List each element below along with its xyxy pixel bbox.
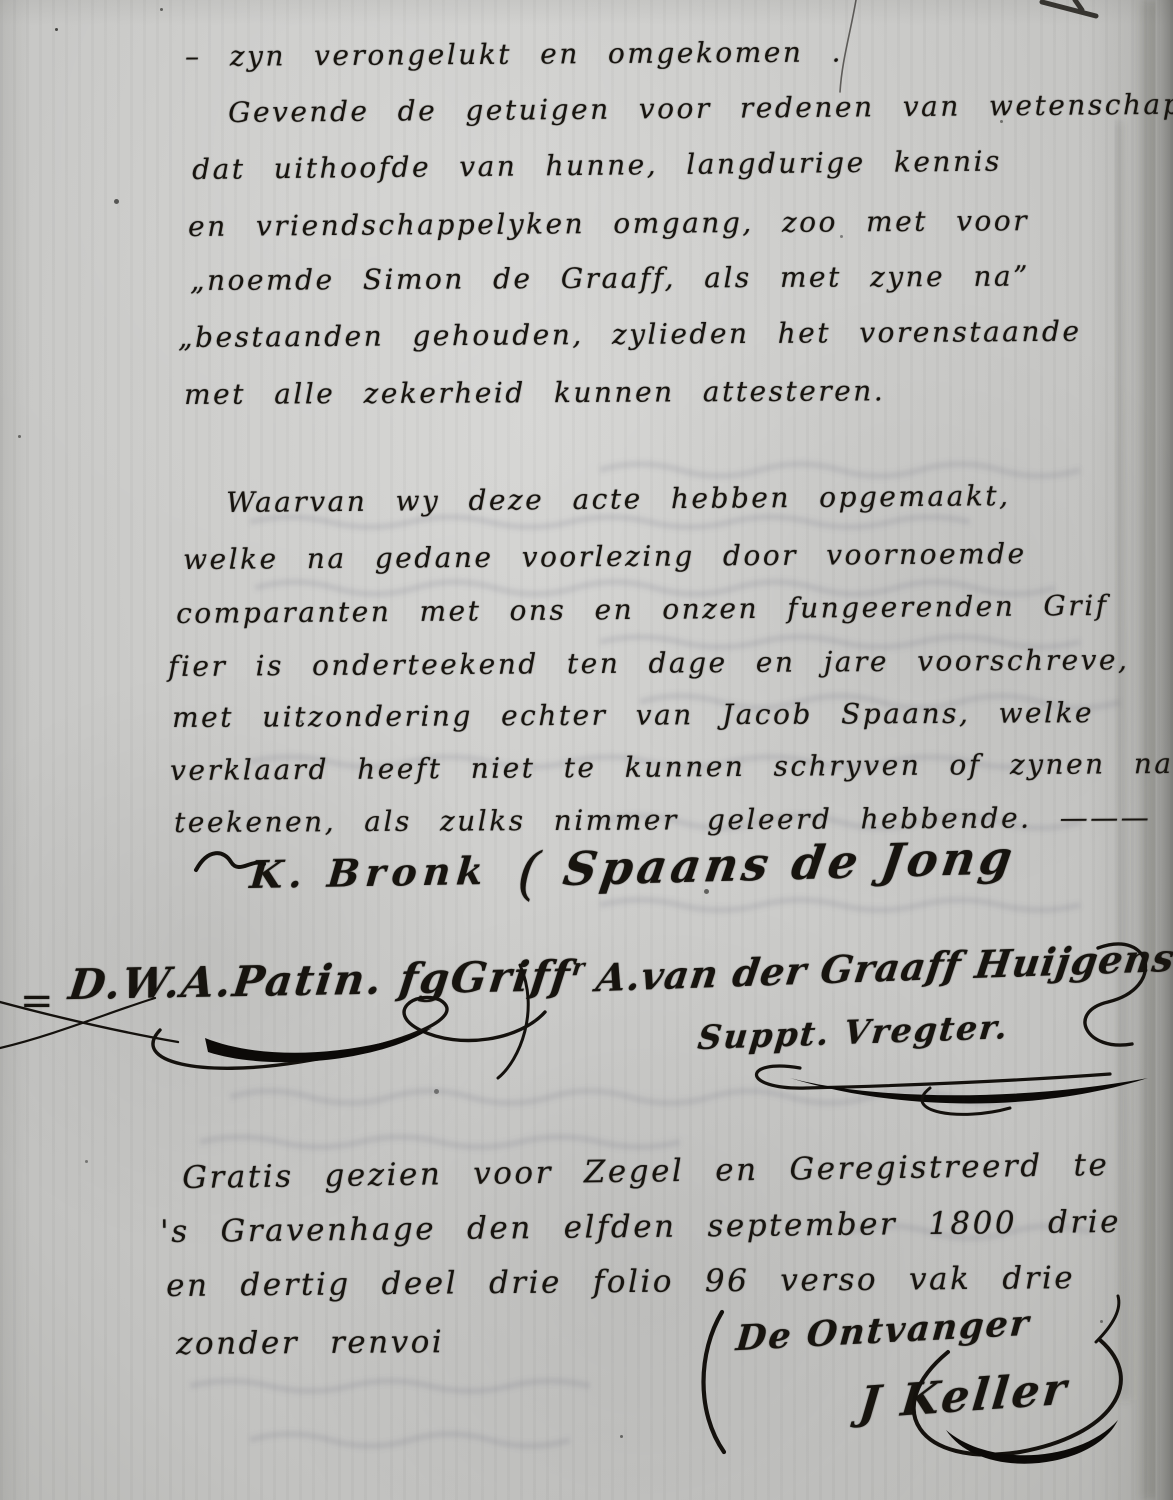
huijgens-right-loop <box>1085 944 1145 1045</box>
patin-heavy-swash <box>205 1028 432 1062</box>
patin-flourish-loop <box>153 997 545 1068</box>
signature-flourishes <box>0 0 1173 1500</box>
keller-oval <box>914 1340 1121 1455</box>
bronk-lead-squiggle <box>196 853 264 870</box>
ontvanger-paren <box>704 1312 725 1452</box>
scanned-manuscript-page: – zyn verongelukt en omgekomen . Gevende… <box>0 0 1173 1500</box>
patin-flourish-cross1 <box>0 1002 178 1042</box>
patin-descender <box>498 965 528 1078</box>
keller-tail <box>1096 1296 1119 1342</box>
corner-ink-mark <box>1042 0 1096 16</box>
patin-flourish-cross2 <box>0 998 155 1048</box>
huijgens-underline-loop <box>756 1066 1110 1088</box>
stray-hairline <box>840 0 856 92</box>
